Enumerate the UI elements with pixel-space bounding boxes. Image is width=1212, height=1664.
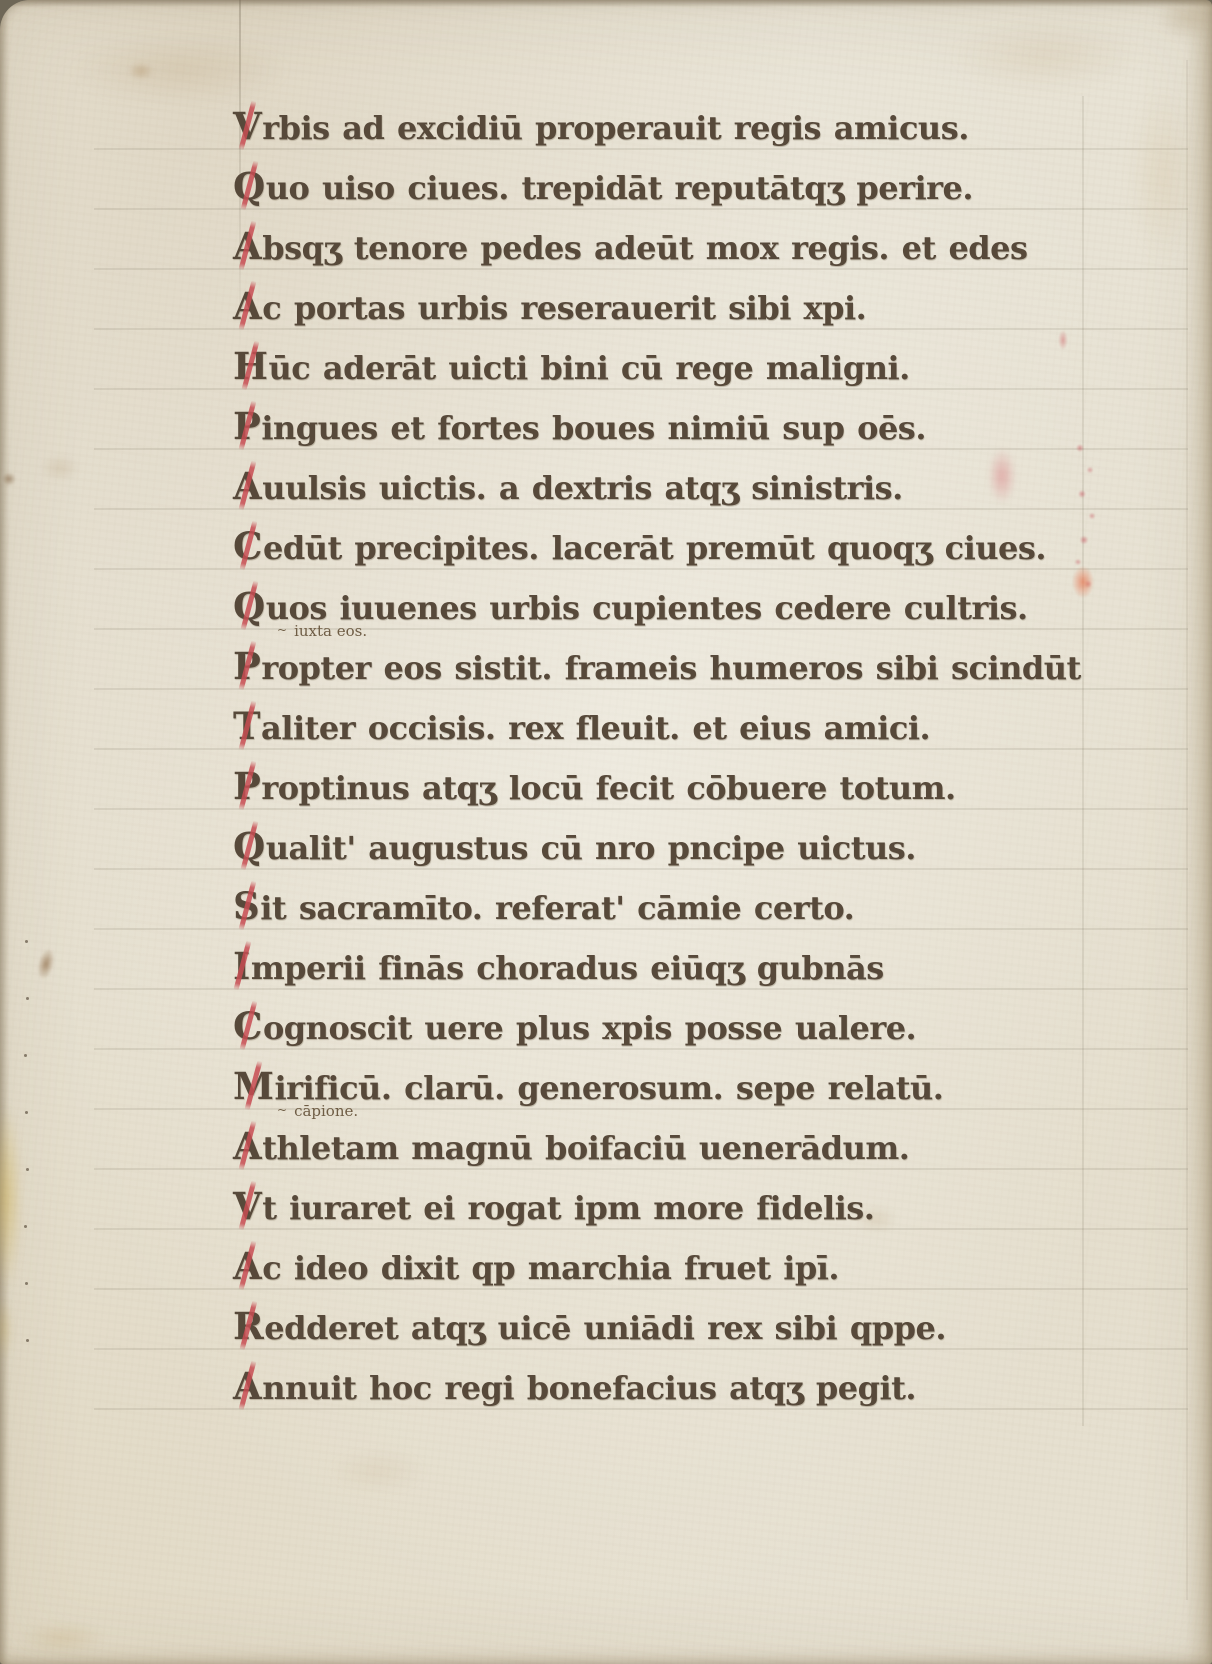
verse-line: Quo uiso ciues. trepidāt reputātqʒ perir… [233,164,973,210]
manuscript-page: Vrbis ad excidiū properauit regis amicus… [0,0,1212,1664]
versal-initial: P [233,764,260,808]
verse-text: edūt precipites. lacerāt premūt quoqʒ ci… [263,529,1046,567]
versal-initial: H [233,344,267,388]
verse-text: bsqʒ tenore pedes adeūt mox regis. et ed… [262,229,1027,267]
verse-text: ognoscit uere plus xpis posse ualere. [263,1009,916,1047]
gloss-text: iuxta eos. [294,622,367,640]
versal-initial: A [233,1124,261,1168]
versal-initial: A [233,1244,261,1288]
text-block: Vrbis ad excidiū properauit regis amicus… [0,0,1212,1664]
verse-text: t iuraret ei rogat ipm more fidelis. [262,1189,874,1227]
verse-line: Cognoscit uere plus xpis posse ualere. [233,1004,916,1050]
gloss-caret-icon: ~ [277,623,287,637]
verse-text: ropter eos sistit. frameis humeros sibi … [261,649,1080,687]
verse-text: irificū. clarū. generosum. sepe relatū. [274,1069,943,1107]
versal-initial: C [233,1004,262,1048]
verse-line: Imperii finās choradus eiūqʒ gubnās [233,944,884,990]
versal-initial: A [233,1364,261,1408]
verse-line: Vrbis ad excidiū properauit regis amicus… [233,104,969,150]
gloss-text: cāpione. [294,1102,358,1120]
versal-initial: P [233,404,260,448]
interlinear-gloss: ~cāpione. [277,1102,358,1120]
verse-line: Auulsis uictis. a dextris atqʒ sinistris… [233,464,903,510]
verse-text: thletam magnū boifaciū uenerādum. [262,1129,909,1167]
verse-text: roptinus atqʒ locū fecit cōbuere totum. [261,769,955,807]
versal-initial: T [233,704,260,748]
versal-initial: C [233,524,262,568]
verse-text: ualit' augustus cū nro pncipe uictus. [266,829,916,867]
versal-initial: A [233,224,261,268]
verse-line: Redderet atqʒ uicē uniādi rex sibi qppe. [233,1304,946,1350]
gloss-caret-icon: ~ [277,1103,287,1117]
interlinear-gloss: ~iuxta eos. [277,622,367,640]
verse-text: rbis ad excidiū properauit regis amicus. [262,109,969,147]
verse-text: ūc aderāt uicti bini cū rege maligni. [268,349,909,387]
versal-initial: P [233,644,260,688]
verse-line: Sit sacramīto. referat' cāmie certo. [233,884,854,930]
versal-initial: V [233,104,261,148]
versal-initial: A [233,284,261,328]
verse-line: Vt iuraret ei rogat ipm more fidelis. [233,1184,874,1230]
versal-initial: M [233,1064,273,1108]
verse-text: c ideo dixit qp marchia fruet ipī. [262,1249,839,1287]
verse-line: Ac portas urbis reserauerit sibi xpi. [233,284,866,330]
verse-text: mperii finās choradus eiūqʒ gubnās [251,949,884,987]
verse-text: aliter occisis. rex fleuit. et eius amic… [261,709,930,747]
versal-initial: Q [233,824,265,868]
versal-initial: R [233,1304,263,1348]
versal-initial: V [233,1184,261,1228]
verse-text: uos iuuenes urbis cupientes cedere cultr… [266,589,1028,627]
verse-line: Pingues et fortes boues nimiū sup oēs. [233,404,926,450]
verse-line: Taliter occisis. rex fleuit. et eius ami… [233,704,930,750]
verse-line: Athletam magnū boifaciū uenerādum.~cāpio… [233,1124,909,1170]
versal-initial: S [233,884,259,928]
verse-line: Cedūt precipites. lacerāt premūt quoqʒ c… [233,524,1046,570]
verse-line: Proptinus atqʒ locū fecit cōbuere totum. [233,764,956,810]
verse-line: Qualit' augustus cū nro pncipe uictus. [233,824,916,870]
verse-text: uulsis uictis. a dextris atqʒ sinistris. [262,469,903,507]
versal-initial: I [233,944,250,988]
verse-line: Absqʒ tenore pedes adeūt mox regis. et e… [233,224,1028,270]
verse-text: c portas urbis reserauerit sibi xpi. [262,289,866,327]
verse-line: Annuit hoc regi bonefacius atqʒ pegit. [233,1364,916,1410]
verse-text: edderet atqʒ uicē uniādi rex sibi qppe. [264,1309,946,1347]
verse-line: Hūc aderāt uicti bini cū rege maligni. [233,344,910,390]
versal-initial: Q [233,584,265,628]
verse-text: ingues et fortes boues nimiū sup oēs. [261,409,926,447]
verse-line: Propter eos sistit. frameis humeros sibi… [233,644,1081,690]
verse-line: Ac ideo dixit qp marchia fruet ipī. [233,1244,839,1290]
versal-initial: Q [233,164,265,208]
versal-initial: A [233,464,261,508]
verse-text: uo uiso ciues. trepidāt reputātqʒ perire… [266,169,973,207]
verse-text: nnuit hoc regi bonefacius atqʒ pegit. [262,1369,916,1407]
verse-text: it sacramīto. referat' cāmie certo. [260,889,854,927]
